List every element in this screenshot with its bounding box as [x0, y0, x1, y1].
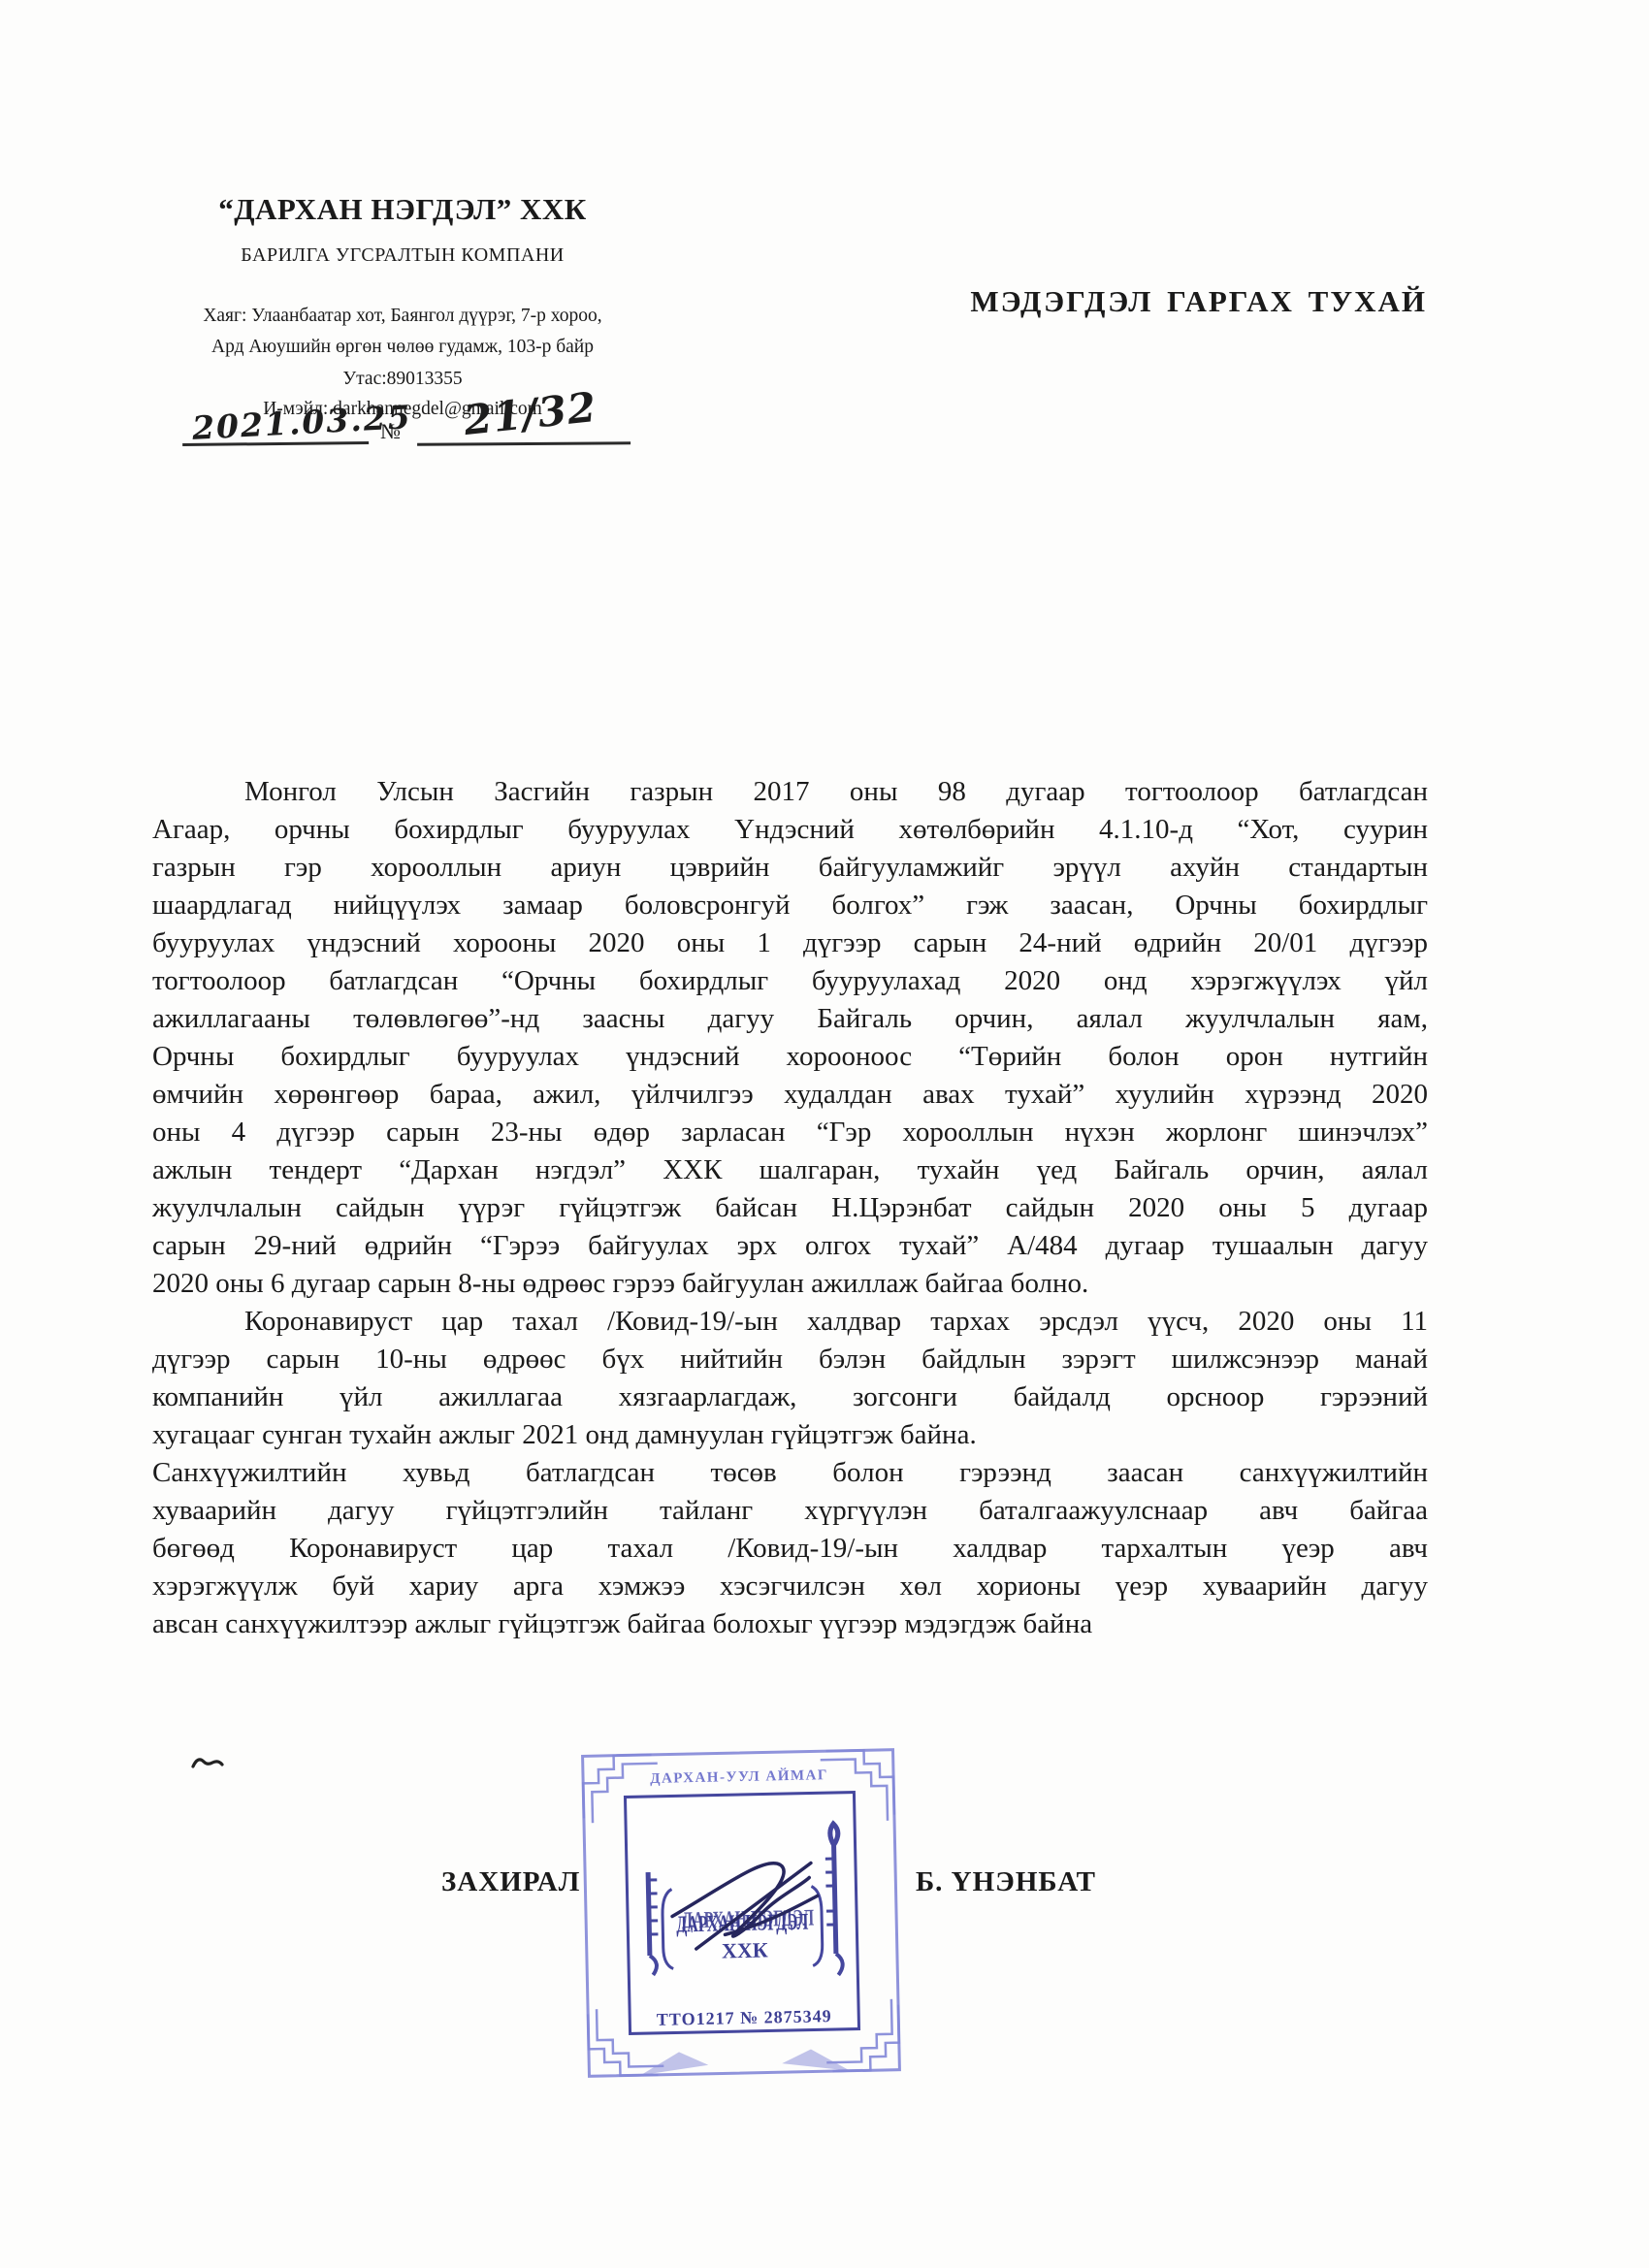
document-title: МЭДЭГДЭЛ ГАРГАХ ТУХАЙ — [970, 284, 1427, 319]
body-line-p1-l5: бууруулах үндэсний хорооны 2020 оны 1 дү… — [152, 924, 1428, 962]
body-line-p2-l4: хугацааг сунган тухайн ажлыг 2021 онд да… — [152, 1416, 1428, 1454]
body-line-p1-l10: оны 4 дүгээр сарын 23-ны өдөр зарласан “… — [152, 1114, 1428, 1151]
company-stamp: ДАРХАН-УУЛ АЙМАГ ДАРХАН НЭГДЭЛ ДАРХАН НЭ… — [575, 1739, 908, 2088]
body-line-p1-l8: Орчны бохирдлыг бууруулах үндэсний хороо… — [152, 1038, 1428, 1076]
body-line-p1-l3: газрын гэр хорооллын ариун цэврийн байгу… — [152, 849, 1428, 887]
body-line-p1-l1: Монгол Улсын Засгийн газрын 2017 оны 98 … — [152, 773, 1428, 811]
body-line-p1-l11: ажлын тендерт “Дархан нэгдэл” ХХК шалгар… — [152, 1151, 1428, 1189]
body-line-p1-l4: шаардлагад нийцүүлэх замаар боловсронгуй… — [152, 887, 1428, 924]
body-line-p3-l1: Санхүүжилтийн хувьд батлагдсан төсөв бол… — [152, 1454, 1428, 1492]
address-line-1: Хаяг: Улаанбаатар хот, Баянгол дүүрэг, 7… — [155, 306, 650, 327]
body-line-p1-l12: жуулчлалын сайдын үүрэг гүйцэтгэж байсан… — [152, 1189, 1428, 1227]
body-line-p1-l6: тогтоолоор батлагдсан “Орчны бохирдлыг б… — [152, 962, 1428, 1000]
ink-mark — [190, 1752, 231, 1773]
stamp-registration: ТТО1217 № 2875349 — [657, 2006, 832, 2029]
body-line-p2-l2: дүгээр сарын 10-ны өдрөөс бүх нийтийн бэ… — [152, 1341, 1428, 1378]
signer-name: Б. ҮНЭНБАТ — [916, 1866, 1096, 1898]
body-line-p3-l5: авсан санхүүжилтээр ажлыг гүйцэтгэж байг… — [152, 1605, 1428, 1643]
body-line-p1-l13: сарын 29-ний өдрийн “Гэрээ байгуулах эрх… — [152, 1227, 1428, 1265]
body-line-p2-l1: Коронавируст цар тахал /Ковид-19/-ын хал… — [152, 1303, 1428, 1341]
stamp-top-text: ДАРХАН-УУЛ АЙМАГ — [650, 1766, 828, 1787]
body-line-p1-l7: ажиллагааны төлөвлөгөө”-нд заасны дагуу … — [152, 1000, 1428, 1038]
scanned-letter-page: { "header": { "company_name": "“ДАРХАН Н… — [0, 0, 1649, 2268]
body-line-p1-l14: 2020 оны 6 дугаар сарын 8-ны өдрөөс гэрэ… — [152, 1265, 1428, 1303]
stamp-center-xxk: ХХК — [722, 1937, 768, 1962]
body-line-p3-l3: бөгөөд Коронавируст цар тахал /Ковид-19/… — [152, 1530, 1428, 1568]
letter-body: Монгол Улсын Засгийн газрын 2017 оны 98 … — [152, 773, 1428, 1643]
number-sign: № — [380, 419, 401, 444]
body-line-p3-l2: хуваарийн дагуу гүйцэтгэлийн тайланг хүр… — [152, 1492, 1428, 1530]
body-line-p2-l3: компанийн үйл ажиллагаа хязгаарлагдаж, з… — [152, 1378, 1428, 1416]
company-subtitle: БАРИЛГА УГСРАЛТЫН КОМПАНИ — [155, 244, 650, 267]
company-name: “ДАРХАН НЭГДЭЛ” ХХК — [155, 192, 650, 227]
signer-role: ЗАХИРАЛ — [441, 1866, 580, 1898]
body-line-p1-l2: Агаар, орчны бохирдлыг бууруулах Үндэсни… — [152, 811, 1428, 849]
body-line-p1-l9: өмчийн хөрөнгөөр бараа, ажил, үйлчилгээ … — [152, 1076, 1428, 1114]
body-line-p3-l4: хэрэгжүүлж буй хариу арга хэмжээ хэсэгчи… — [152, 1568, 1428, 1605]
address-line-2: Ард Аюушийн өргөн чөлөө гудамж, 103-р ба… — [155, 337, 650, 358]
